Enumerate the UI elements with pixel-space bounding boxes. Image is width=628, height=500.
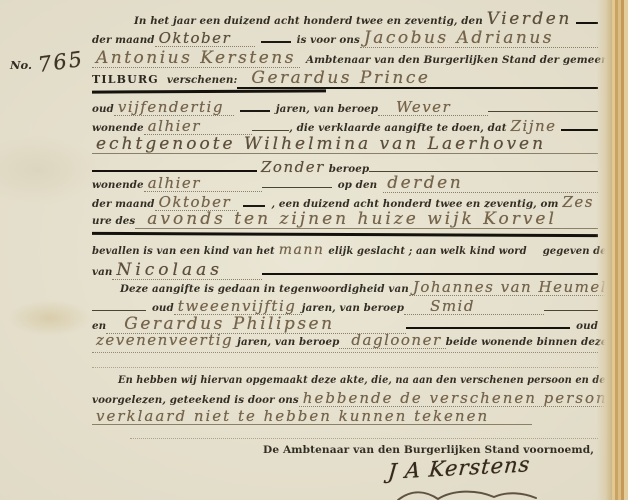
hw-declarant-occupation: Wever <box>392 100 455 115</box>
printed-ure-des: ure des <box>92 215 135 227</box>
hw-age-field: vijfendertig <box>114 100 234 116</box>
hw-witness1-occupation-field: Smid <box>404 299 544 315</box>
printed-is-voor-ons: is voor ons <box>297 34 360 46</box>
page-edge-shadow <box>596 0 612 500</box>
hw-witness2-occupation-field: daglooner <box>339 333 445 349</box>
line-witness2-age: zevenenveertig jaren, van beroep dagloon… <box>92 333 598 352</box>
rule-fill <box>262 175 332 188</box>
hw-birth-hour: Zes <box>559 195 599 210</box>
printed-beroep-2: jaren, van beroep <box>237 336 339 348</box>
hw-zijne: Zijne <box>507 119 561 134</box>
dotted-separator <box>130 438 598 439</box>
heavy-rule <box>92 89 326 94</box>
dash-rule <box>261 32 291 43</box>
hw-declarant-residence: alhier <box>144 119 205 134</box>
rule-fill <box>488 99 598 112</box>
printed-wonende: wonende <box>92 122 144 134</box>
hw-birth-day: derden <box>383 175 467 192</box>
printed-ambtenaar-voornoemd: De Ambtenaar van den Burgerlijken Stand … <box>263 444 594 456</box>
dash-rule <box>243 196 265 207</box>
hw-spouse-name: echtgenoote Wilhelmina van Laerhoven <box>92 136 550 153</box>
printed-beroep: beroep <box>329 163 369 175</box>
hw-official-name-1: Jacobus Adrianus <box>360 30 558 47</box>
hw-official-field-2: Antonius Kerstens <box>92 50 300 68</box>
hw-birth-month: Oktober <box>155 195 236 210</box>
rule-fill <box>262 261 598 275</box>
record-number: No. 765 <box>10 52 88 73</box>
hw-zonder: Zonder <box>257 160 329 175</box>
signature-flourish-fragment <box>392 487 542 500</box>
printed-jaren-beroep: jaren, van beroep <box>276 103 378 115</box>
hw-registration-day: Vierden <box>483 11 576 28</box>
rule-fill <box>92 158 257 172</box>
printed-verklaring: , die verklaarde aangifte te doen, dat <box>289 122 506 134</box>
line-witness1-name: Deze aangifte is gedaan in tegenwoordigh… <box>92 280 598 299</box>
rule-fill <box>561 117 598 131</box>
printed-oud: oud <box>92 103 114 115</box>
line-tilburg: TILBURG verschenen: Gerardus Prince <box>92 70 598 89</box>
line-birth-place: ure des avonds ten zijnen huize wijk Kor… <box>92 211 598 230</box>
scanned-birth-record-page: No. 765 In het jaar een duizend acht hon… <box>0 0 628 500</box>
printed-year-phrase: In het jaar een duizend acht honderd twe… <box>134 15 483 27</box>
hw-declarant-name: Gerardus Prince <box>247 70 434 87</box>
line-spouse: echtgenoote Wilhelmina van Laerhoven <box>92 136 598 155</box>
hw-registration-month: Oktober <box>155 31 236 46</box>
hw-birth-place: avonds ten zijnen huize wijk Korvel <box>143 211 561 228</box>
line-closing-3: verklaard niet te hebben kunnen tekenen <box>92 409 598 428</box>
hw-occupation-field: Wever <box>378 100 488 116</box>
hw-spouse-residence: alhier <box>144 176 205 191</box>
line-age-occupation: oud vijfendertig jaren, van beroep Wever <box>92 99 598 118</box>
printed-beroep-1: jaren, van beroep <box>302 302 404 314</box>
rule-fill <box>406 315 570 329</box>
printed-wonende-2: wonende <box>92 179 144 191</box>
hw-child-name: Nicolaas <box>112 262 227 279</box>
printed-van: van <box>92 266 112 278</box>
printed-geslacht: elijk geslacht ; aan welk kind word <box>328 246 526 257</box>
dash-rule <box>240 101 270 112</box>
rule-fill <box>252 118 289 131</box>
dotted-separator <box>92 352 598 353</box>
hw-official-field: Jacobus Adrianus <box>360 30 598 48</box>
printed-verschenen: verschenen: <box>167 74 238 86</box>
hw-month-field: Oktober <box>155 31 255 47</box>
printed-oud-2: oud <box>576 320 598 332</box>
hw-declarant-field: Gerardus Prince <box>237 70 598 89</box>
record-number-value: 765 <box>31 48 89 77</box>
rule-fill <box>576 10 598 24</box>
hw-closing-1: hebbende de verschenen personen <box>299 391 628 406</box>
hw-witness2-occupation: daglooner <box>347 333 445 348</box>
hw-birthplace-field: avonds ten zijnen huize wijk Korvel <box>135 211 598 229</box>
printed-closing-2: voorgelezen, geteekend is door ons <box>92 394 299 406</box>
hw-closing-2: verklaard niet te hebben kunnen tekenen <box>92 409 493 424</box>
hw-spouse-field: echtgenoote Wilhelmina van Laerhoven <box>92 136 598 154</box>
hw-closing-field-1: hebbende de verschenen personen <box>299 391 628 407</box>
printed-closing-1: En hebben wij hiervan opgemaakt deze akt… <box>118 375 628 386</box>
line-official-2: Antonius Kerstens Ambtenaar van den Burg… <box>92 50 598 69</box>
hw-official-name-2: Antonius Kerstens <box>92 50 300 67</box>
hw-witness1-occupation: Smid <box>426 299 479 314</box>
hw-child-name-field: Nicolaas <box>112 262 262 280</box>
record-number-label: No. <box>10 58 32 72</box>
rule-fill <box>92 298 146 311</box>
rule-fill <box>369 159 598 172</box>
printed-bevallen: bevallen is van een kind van het <box>92 246 275 257</box>
hw-declarant-age: vijfendertig <box>114 100 228 115</box>
hw-witness1-age-field: tweeenvijftig <box>174 299 302 315</box>
printed-tilburg: TILBURG <box>92 73 159 86</box>
rule-fill <box>544 298 598 311</box>
line-spouse-residence: wonende alhier op den derden <box>92 175 598 194</box>
printed-oud-1: oud <box>152 302 174 314</box>
heavy-rule <box>92 232 598 238</box>
printed-der-maand-2: der maand <box>92 198 155 210</box>
hw-witness2-age: zevenenveertig <box>92 333 237 348</box>
line-month-official: der maand Oktober is voor ons Jacobus Ad… <box>92 30 598 49</box>
printed-der-maand: der maand <box>92 34 155 46</box>
printed-op-den: op den <box>338 179 378 191</box>
hw-residence-field-2: alhier <box>144 176 262 192</box>
printed-ambtenaar: Ambtenaar van den Burgerlijken Stand der… <box>306 54 620 66</box>
hw-residence-field: alhier <box>144 119 252 135</box>
hw-witness1-age: tweeenvijftig <box>174 299 301 314</box>
printed-aangifte: Deze aangifte is gedaan in tegenwoordigh… <box>120 283 409 295</box>
dotted-separator <box>92 367 598 368</box>
hw-child-sex: mann <box>275 243 329 257</box>
page-edge-binding <box>612 0 628 500</box>
hw-birthday-field: derden <box>383 175 598 193</box>
line-year: In het jaar een duizend acht honderd twe… <box>92 10 598 29</box>
hw-closing-field-2: verklaard niet te hebben kunnen tekenen <box>92 409 532 425</box>
